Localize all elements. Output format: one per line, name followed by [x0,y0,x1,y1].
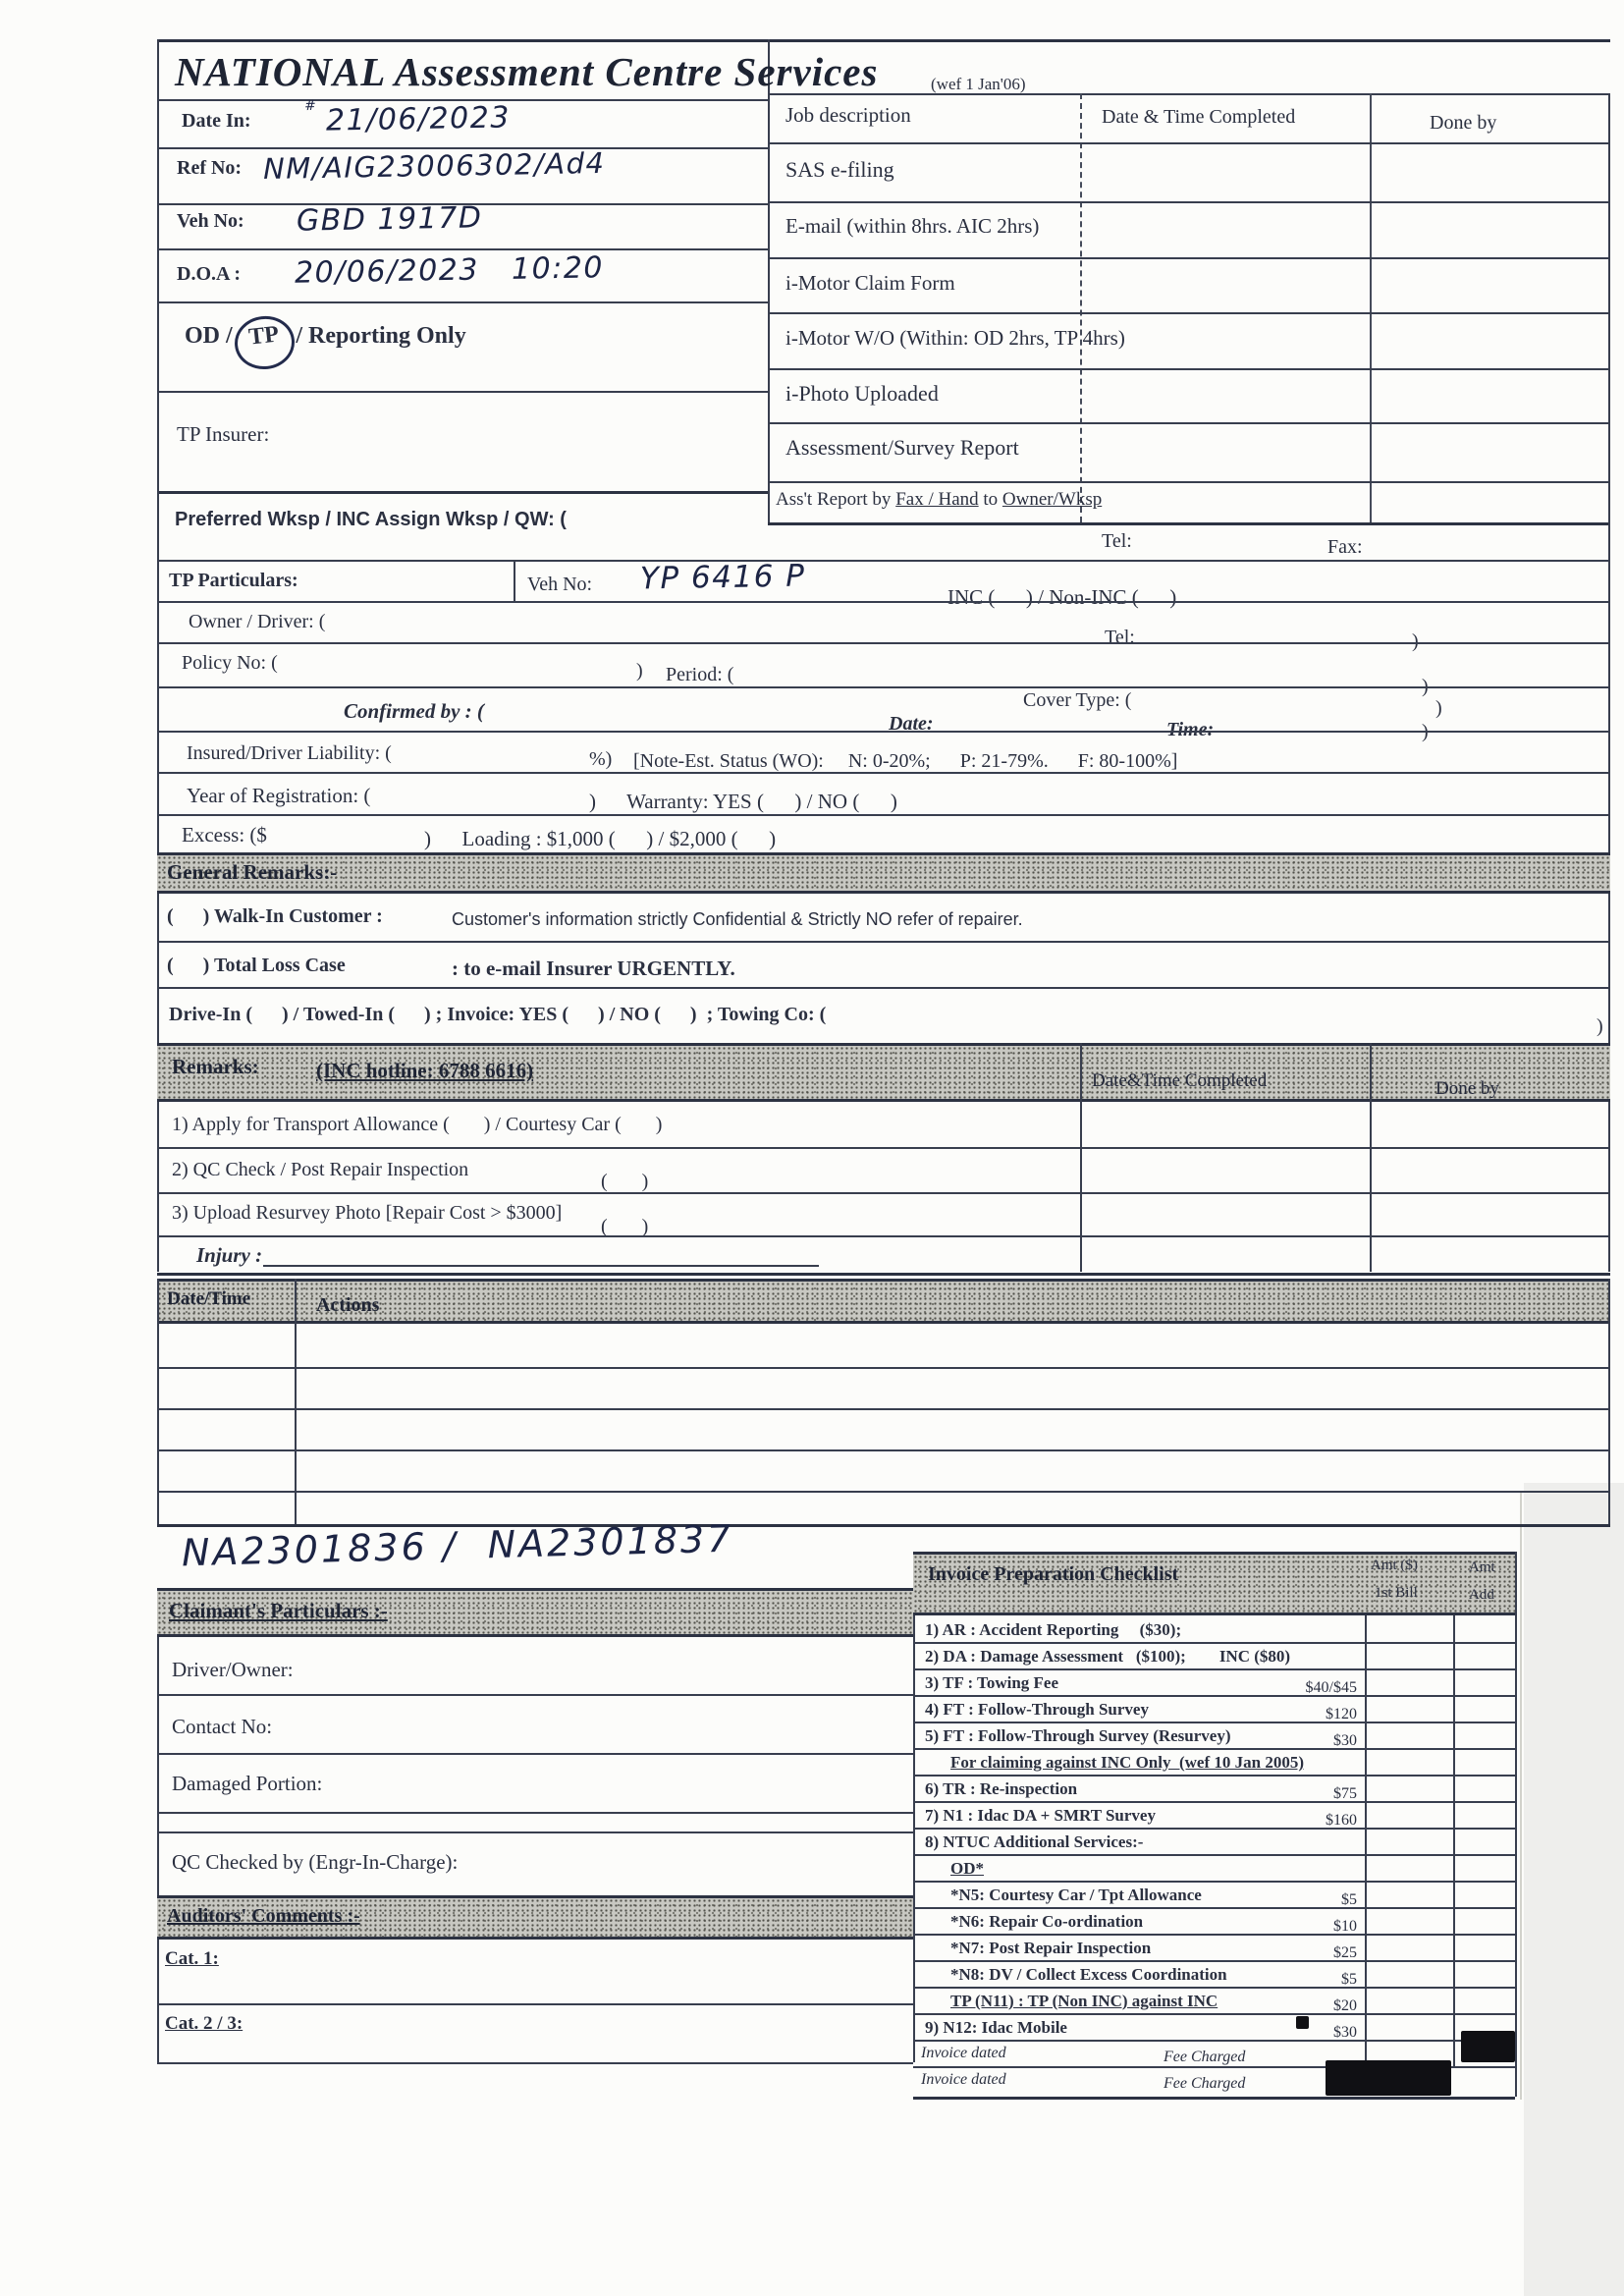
datetime-col-header: Date & Time Completed [1102,106,1295,129]
checklist-row-n7: *N7: Post Repair Inspection [950,1939,1151,1958]
actions-left-border [157,1279,159,1524]
remarks-col-divider-1 [1080,1043,1082,1272]
row-line [913,1748,1515,1750]
header-right-border [1608,93,1610,522]
amt-1stbill-header-a: Amt ($) [1371,1558,1418,1574]
veh-no-label: Veh No: [177,210,244,233]
cat1-label: Cat. 1: [165,1948,219,1970]
total-loss-lead: ( ) Total Loss Case [167,955,346,977]
doa-value: 20/06/2023 10:20 [295,250,605,290]
policy-no-label: Policy No: ( [182,652,278,675]
row-line [157,1147,1610,1149]
job-row-claim-form: i-Motor Claim Form [785,271,955,295]
checklist-row-tp-n11: TP (N11) : TP (Non INC) against INC [950,1992,1218,2011]
injury-label: Injury : [196,1243,262,1267]
remarks-datetime-header: Date&Time Completed [1092,1070,1267,1092]
checklist-row-ft-resurvey: 5) FT : Follow-Through Survey (Resurvey) [925,1726,1231,1746]
checklist-row-inc-only: For claiming against INC Only (wef 10 Ja… [950,1753,1304,1773]
cover-close-paren: ) [1435,697,1442,720]
row-line [913,2013,1515,2015]
amt-add-header-a: Amt [1469,1559,1495,1576]
row-line [157,1408,1610,1410]
row-line [157,1831,913,1833]
checklist-col-divider-2 [1453,1552,1455,2066]
row-line [157,1694,913,1696]
claimant-right-border [913,1552,915,2062]
remarks-col-divider-2 [1370,1043,1372,1272]
row-line [157,1753,913,1755]
liability-note: [Note-Est. Status (WO): N: 0-20%; P: 21-… [633,750,1177,773]
row-line [157,731,1610,733]
date-in-label: Date In: [182,110,251,133]
row-line [913,2040,1515,2042]
checklist-title: Invoice Preparation Checklist [928,1563,1178,1586]
actions-col-divider [295,1279,297,1524]
checklist-row-od: OD* [950,1859,984,1879]
fee-charged-1: Fee Charged [1164,2049,1245,2066]
remarks-title: Remarks: [172,1055,259,1078]
invoice-dated-1: Invoice dated [921,2045,1006,2062]
fee-charged-2: Fee Charged [1164,2075,1245,2093]
tp-veh-no-value: YP 6416 P [640,559,806,597]
remarks-item-2-paren: ( ) [601,1171,648,1193]
actions-datetime-header: Date/Time [167,1288,250,1310]
liability-label: Insured/Driver Liability: ( [187,742,392,765]
general-remarks-band [157,852,1610,894]
row-line [157,1367,1610,1369]
row-line [768,368,1608,370]
doa-label: D.O.A : [177,263,241,286]
checklist-row-tr: 6) TR : Re-inspection [925,1779,1077,1799]
job-row-assessment: Assessment/Survey Report [785,435,1019,460]
year-reg-label: Year of Registration: ( [187,784,370,807]
row-line [913,1642,1515,1644]
row-line [157,391,768,393]
checklist-row-tf: 3) TF : Towing Fee [925,1673,1058,1693]
checklist-row-n6: *N6: Repair Co-ordination [950,1912,1143,1932]
injury-write-line [263,1265,819,1267]
towing-close-paren: ) [1597,1015,1603,1038]
claimant-left-border [157,1588,159,2062]
date-in-value: 21/06/2023 [326,100,512,137]
total-loss-tail: : to e-mail Insurer URGENTLY. [452,957,735,980]
general-remarks-title: General Remarks:- [167,860,337,884]
row-line [913,1775,1515,1777]
wef-note: (wef 1 Jan'06) [931,75,1026,94]
job-table-top [768,93,1608,95]
row-line [913,1828,1515,1830]
header-left-border [157,39,159,491]
doneby-col-header: Done by [1430,112,1496,135]
scanner-edge [1524,1483,1624,2296]
claimant-bottom-border [157,2062,913,2064]
row-line [913,1668,1515,1670]
header-divider [768,39,770,522]
tp-insurer-label: TP Insurer: [177,422,269,446]
row-line [157,772,1610,774]
checklist-row-n1: 7) N1 : Idac DA + SMRT Survey [925,1806,1156,1826]
date-in-mark: # [304,98,318,114]
row-line [913,1695,1515,1697]
row-line [157,987,1610,989]
amt-add-header-b: Add [1469,1587,1494,1604]
tp-veh-no-label: Veh No: [527,574,592,596]
row-line [157,686,1610,688]
damaged-portion-label: Damaged Portion: [172,1772,322,1795]
remarks-item-1: 1) Apply for Transport Allowance ( ) / C… [172,1114,662,1136]
row-line [913,1960,1515,1962]
job-row-email: E-mail (within 8hrs. AIC 2hrs) [785,214,1039,238]
job-row-photo: i-Photo Uploaded [785,381,939,406]
form-title: NATIONAL Assessment Centre Services [175,49,878,95]
row-line [157,941,1610,943]
preferred-fax-label: Fax: [1327,536,1363,559]
excess-label: Excess: ($ [182,823,267,847]
row-line [157,814,1610,816]
row-line [157,1491,1610,1493]
row-line [157,601,1610,603]
form-right-border [1608,522,1610,1272]
liability-pct: %) [589,748,612,771]
checklist-col-divider-1 [1365,1552,1367,2066]
owner-tel-label: Tel: [1105,627,1135,649]
row-line [768,257,1608,259]
row-line [157,1449,1610,1451]
checklist-bottom-border [913,2097,1515,2100]
checklist-row-da: 2) DA : Damage Assessment ($100); INC ($… [925,1647,1290,1667]
checklist-row-ar: 1) AR : Accident Reporting ($30); [925,1620,1181,1640]
job-col-divider-1 [1080,93,1082,522]
drive-in-line: Drive-In ( ) / Towed-In ( ) ; Invoice: Y… [169,1004,826,1026]
row-line [913,1987,1515,1989]
row-line [913,1881,1515,1883]
owner-driver-label: Owner / Driver: ( [189,611,325,633]
preferred-wksp-label: Preferred Wksp / INC Assign Wksp / QW: ( [175,509,567,531]
contact-no-label: Contact No: [172,1715,272,1738]
confirmed-by-label: Confirmed by : ( [344,699,484,723]
row-line [157,1812,913,1814]
row-line [913,1907,1515,1909]
row-line [913,1722,1515,1723]
tp-particulars-label: TP Particulars: [169,570,298,592]
asst-mid: to [979,489,1002,510]
loading-line: ) Loading : $1,000 ( ) / $2,000 ( ) [424,827,776,850]
row-line [768,201,1608,203]
row-line [913,1934,1515,1936]
row-line [913,1854,1515,1856]
job-col-header: Job description [785,103,911,127]
row-line [157,642,1610,644]
remarks-bottom-heavy [157,1273,1610,1276]
actions-header: Actions [316,1294,379,1317]
actions-right-border [1608,1279,1610,1524]
amt-1stbill-header-b: 1st Bill [1375,1585,1418,1602]
row-line [768,481,1608,483]
redaction-blob-2 [1326,2060,1451,2096]
inc-hotline: (INC hotline: 6788 6616) [316,1059,533,1082]
row-line [157,301,768,303]
checklist-right-border [1515,1552,1517,2097]
qc-checked-label: QC Checked by (Engr-In-Charge): [172,1850,458,1874]
walk-in-lead: ( ) Walk-In Customer : [167,905,383,928]
cover-type-label: Cover Type: ( [1023,689,1131,712]
page-edge-line [1520,1493,1522,2100]
reporting-only-label: / Reporting Only [296,323,465,349]
ref-no-label: Ref No: [177,157,242,180]
checklist-row-n5: *N5: Courtesy Car / Tpt Allowance [950,1886,1202,1905]
job-table-bottom [768,522,1608,525]
period-label: Period: ( [666,664,733,686]
tp-cell-divider [514,560,515,601]
row-line [768,312,1608,314]
row-line [157,248,768,250]
row-line [913,1801,1515,1803]
row-line [157,2003,913,2005]
od-tp-row: OD /TP/ Reporting Only [185,316,466,369]
scanned-form-page: NATIONAL Assessment Centre Services (wef… [0,0,1624,2296]
row-line [157,1235,1610,1237]
preferred-tel-label: Tel: [1102,530,1132,553]
checklist-row-ft: 4) FT : Follow-Through Survey [925,1700,1149,1720]
asst-pre: Ass't Report by [776,489,895,510]
asst-fax-hand: Fax / Hand [895,489,978,510]
remarks-item-3: 3) Upload Resurvey Photo [Repair Cost > … [172,1202,562,1225]
remarks-doneby-header: Done by [1435,1078,1499,1100]
job-row-asst-report: Ass't Report by Fax / Hand to Owner/Wksp [776,489,1102,511]
inc-non-inc-line: INC ( ) / Non-INC ( ) [947,585,1176,609]
veh-no-value: GBD 1917D [297,200,483,238]
checklist-row-n12: 9) N12: Idac Mobile [925,2018,1067,2038]
row-line [768,142,1608,144]
walk-in-tail: Customer's information strictly Confiden… [452,909,1023,930]
auditors-title: Auditors' Comments :- [167,1905,360,1928]
row-line [768,422,1608,424]
driver-owner-label: Driver/Owner: [172,1658,294,1681]
remarks-item-2: 2) QC Check / Post Repair Inspection [172,1159,468,1181]
asst-owner-wksp: Owner/Wksp [1002,489,1102,510]
checklist-row-n8: *N8: DV / Collect Excess Coordination [950,1965,1227,1985]
od-label: OD / [185,323,233,349]
job-row-sas: SAS e-filing [785,157,894,182]
claimant-title: Claimant's Particulars :- [169,1599,388,1622]
checklist-row-ntuc: 8) NTUC Additional Services:- [925,1832,1143,1852]
cat23-label: Cat. 2 / 3: [165,2013,243,2035]
invoice-dated-2: Invoice dated [921,2071,1006,2089]
warranty-line: ) Warranty: YES ( ) / NO ( ) [589,790,897,813]
tp-circled: TP [232,313,297,372]
policy-close-paren: ) [636,660,643,683]
left-box-bottom [157,491,768,494]
header-top-border [157,39,1610,42]
job-col-divider-2 [1370,93,1372,522]
redaction-blob-1 [1461,2031,1515,2062]
row-line [157,560,1610,562]
ink-mark [1296,2016,1309,2029]
row-line [157,1192,1610,1194]
job-row-wo: i-Motor W/O (Within: OD 2hrs, TP 4hrs) [785,326,1125,350]
ref-no-value: NM/AIG23006302/Ad4 [263,146,606,186]
